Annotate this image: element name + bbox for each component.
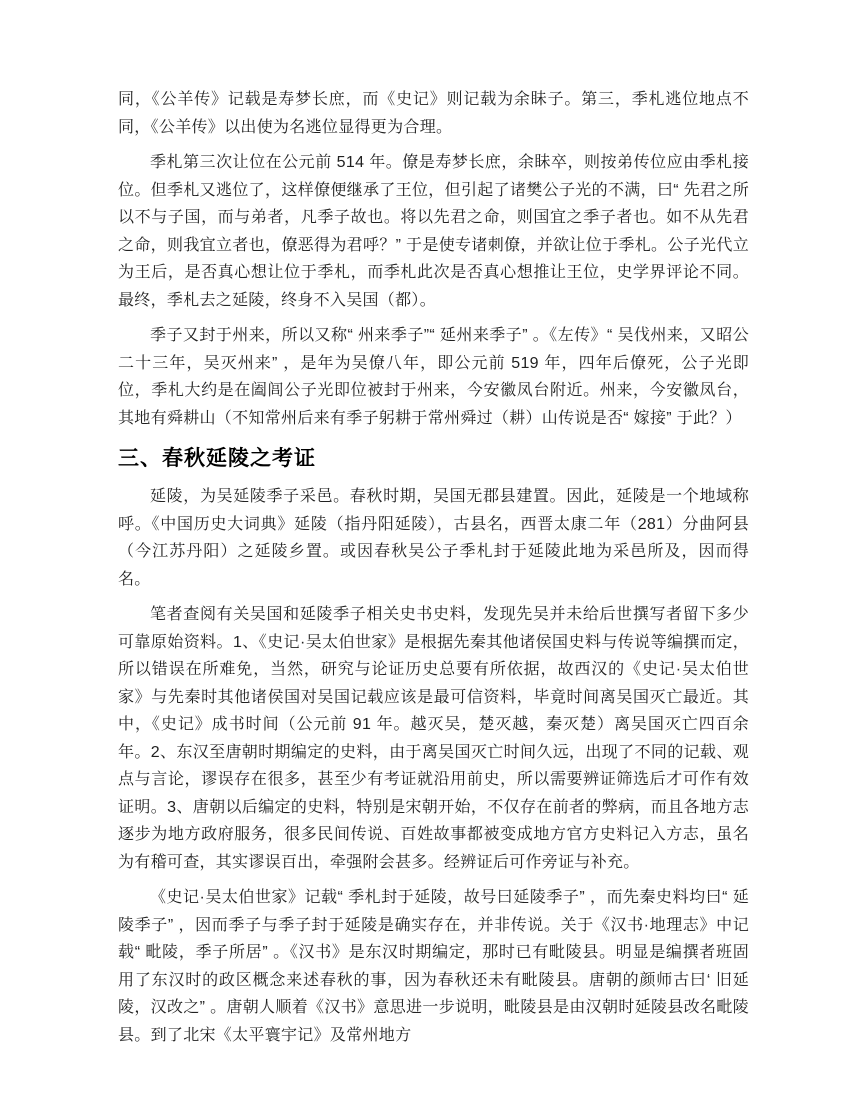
document-page: 同，《公羊传》记载是寿梦长庶，而《史记》则记载为余眛子。第三，季札逃位地点不同，… xyxy=(0,0,865,1119)
paragraph-historical-sources-review: 笔者查阅有关吴国和延陵季子相关史书史料，发现先吴并未给后世撰写者留下多少可靠原始… xyxy=(118,601,749,876)
paragraph-gongyangzhuan-vs-shiji: 同，《公羊传》记载是寿梦长庶，而《史记》则记载为余眛子。第三，季札逃位地点不同，… xyxy=(118,86,749,141)
paragraph-jizi-zhoulai: 季子又封于州来，所以又称“ 州来季子”“ 延州来季子” 。《左传》“ 吴伐州来，… xyxy=(118,322,749,432)
paragraph-shiji-hanshu-records: 《史记·吴太伯世家》记载“ 季札封于延陵，故号曰延陵季子” ，而先秦史料均曰“ … xyxy=(118,884,749,1049)
document-content: 同，《公羊传》记载是寿梦长庶，而《史记》则记载为余眛子。第三，季札逃位地点不同，… xyxy=(118,86,749,1057)
section-heading-yanling-research: 三、春秋延陵之考证 xyxy=(118,444,749,474)
paragraph-yanling-definition: 延陵，为吴延陵季子采邑。春秋时期，吴国无郡县建置。因此，延陵是一个地域称呼。《中… xyxy=(118,483,749,593)
paragraph-jizha-third-abdication: 季札第三次让位在公元前 514 年。僚是寿梦长庶，余眛卒，则按弟传位应由季札接位… xyxy=(118,149,749,314)
